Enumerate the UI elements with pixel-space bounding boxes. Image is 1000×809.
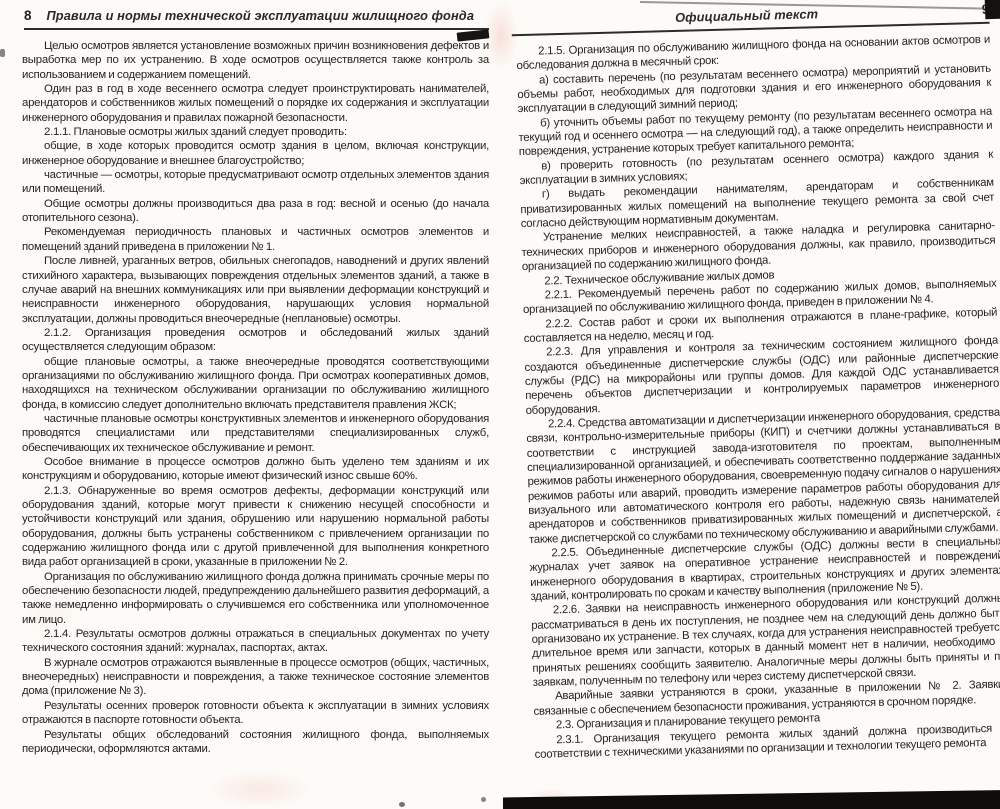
page-8: 8 Правила и нормы технической эксплуатац… (0, 0, 500, 809)
paragraph: В журнале осмотров отражаются выявленные… (22, 656, 489, 699)
paragraph: общие плановые осмотры, а также внеочере… (22, 355, 489, 412)
paragraph: После ливней, ураганных ветров, обильных… (22, 254, 489, 326)
paragraph: общие, в ходе которых проводится осмотр … (22, 139, 489, 168)
paragraph: Результаты общих обследований состояния … (22, 728, 489, 757)
page-9-header: Официальный текст 9 (511, 2, 989, 37)
paragraph: 2.2.3. Для управления и контроля за техн… (524, 334, 1000, 418)
paragraph: 2.2.6. Заявки на неисправность инженерно… (531, 592, 1000, 690)
page-9-body: 2.1.5. Организация по обслуживанию жилищ… (516, 33, 1000, 762)
page-9: Официальный текст 9 2.1.5. Организация п… (500, 0, 1000, 809)
paragraph: Организация по обслуживанию жилищного фо… (22, 570, 489, 627)
paragraph: Результаты осенних проверок готовности о… (22, 699, 489, 728)
paragraph: 2.2.4. Средства автоматизации и диспетче… (526, 406, 1000, 547)
page-9-skew-wrapper: Официальный текст 9 2.1.5. Организация п… (499, 0, 1000, 809)
paragraph: Один раз в год в ходе весеннего осмотра … (22, 82, 489, 125)
page-8-body: Целью осмотров является установление воз… (22, 39, 489, 756)
paragraph: частичные плановые осмотры конструктивны… (22, 412, 489, 455)
paragraph: Особое внимание в процессе осмотров долж… (22, 455, 489, 484)
page-number-right: 9 (982, 2, 990, 17)
paragraph: 2.1.4. Результаты осмотров должны отража… (22, 627, 489, 656)
paragraph: Целью осмотров является установление воз… (22, 39, 489, 82)
paragraph: частичные — осмотры, которые предусматри… (22, 168, 489, 197)
paragraph: Рекомендуемая периодичность плановых и ч… (22, 225, 489, 254)
running-title-left: Правила и нормы технической эксплуатации… (32, 8, 489, 23)
paragraph: Общие осмотры должны производиться два р… (22, 197, 489, 226)
page-8-header: 8 Правила и нормы технической эксплуатац… (24, 8, 489, 30)
running-title-right: Официальный текст (511, 2, 982, 29)
paragraph: 2.1.1. Плановые осмотры жилых зданий сле… (22, 125, 489, 139)
paragraph: 2.1.3. Обнаруженные во время осмотров де… (22, 484, 489, 570)
paragraph: 2.1.2. Организация проведения осмотров и… (22, 326, 489, 355)
page-number-left: 8 (24, 8, 32, 23)
